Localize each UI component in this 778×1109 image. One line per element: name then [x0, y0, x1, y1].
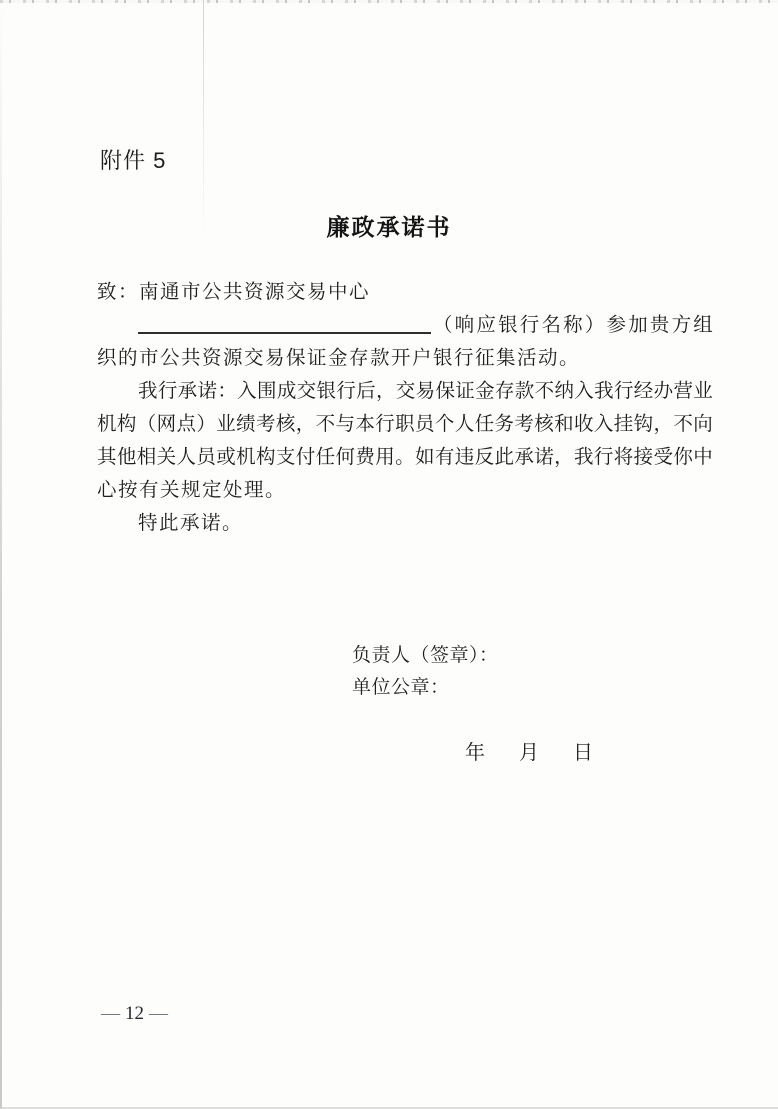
closing-line: 特此承诺。: [97, 507, 713, 540]
bank-name-line-text: （响应银行名称）参加贵方组: [431, 315, 713, 336]
salutation-line: 致：南通市公共资源交易中心: [97, 276, 713, 309]
attachment-label: 附件 5: [100, 144, 166, 175]
responsible-person-label: 负责人（签章）：: [352, 640, 499, 672]
body-line: 织的市公共资源交易保证金存款开户银行征集活动。: [97, 342, 713, 375]
body-line: 心按有关规定处理。: [97, 474, 713, 507]
body-line: 我行承诺：入围成交银行后，交易保证金存款不纳入我行经办营业: [97, 375, 713, 408]
page-number: —12—: [101, 1002, 168, 1026]
signature-block: 负责人（签章）： 单位公章：: [352, 640, 499, 704]
bank-name-blank-underline: [138, 315, 431, 334]
page-number-value: 12: [125, 1003, 144, 1024]
scanned-document-page: 附件 5 廉政承诺书 致：南通市公共资源交易中心 （响应银行名称）参加贵方组 织…: [0, 0, 778, 1109]
scan-fold-line-artifact: [203, 0, 204, 240]
body-line: 机构（网点）业绩考核，不与本行职员个人任务考核和收入挂钩，不向: [97, 408, 713, 441]
document-title: 廉政承诺书: [0, 209, 778, 242]
document-body: 致：南通市公共资源交易中心 （响应银行名称）参加贵方组 织的市公共资源交易保证金…: [97, 276, 713, 540]
unit-seal-label: 单位公章：: [352, 672, 499, 704]
page-number-dash-right: —: [149, 1003, 168, 1024]
body-line: 其他相关人员或机构支付任何费用。如有违反此承诺，我行将接受你中: [97, 441, 713, 474]
bank-name-line: （响应银行名称）参加贵方组: [97, 309, 713, 342]
scan-left-edge-artifact: [0, 0, 2, 1109]
date-line: 年 月 日: [465, 741, 594, 766]
scan-top-edge-artifact: [0, 0, 778, 3]
page-number-dash-left: —: [101, 1003, 120, 1024]
